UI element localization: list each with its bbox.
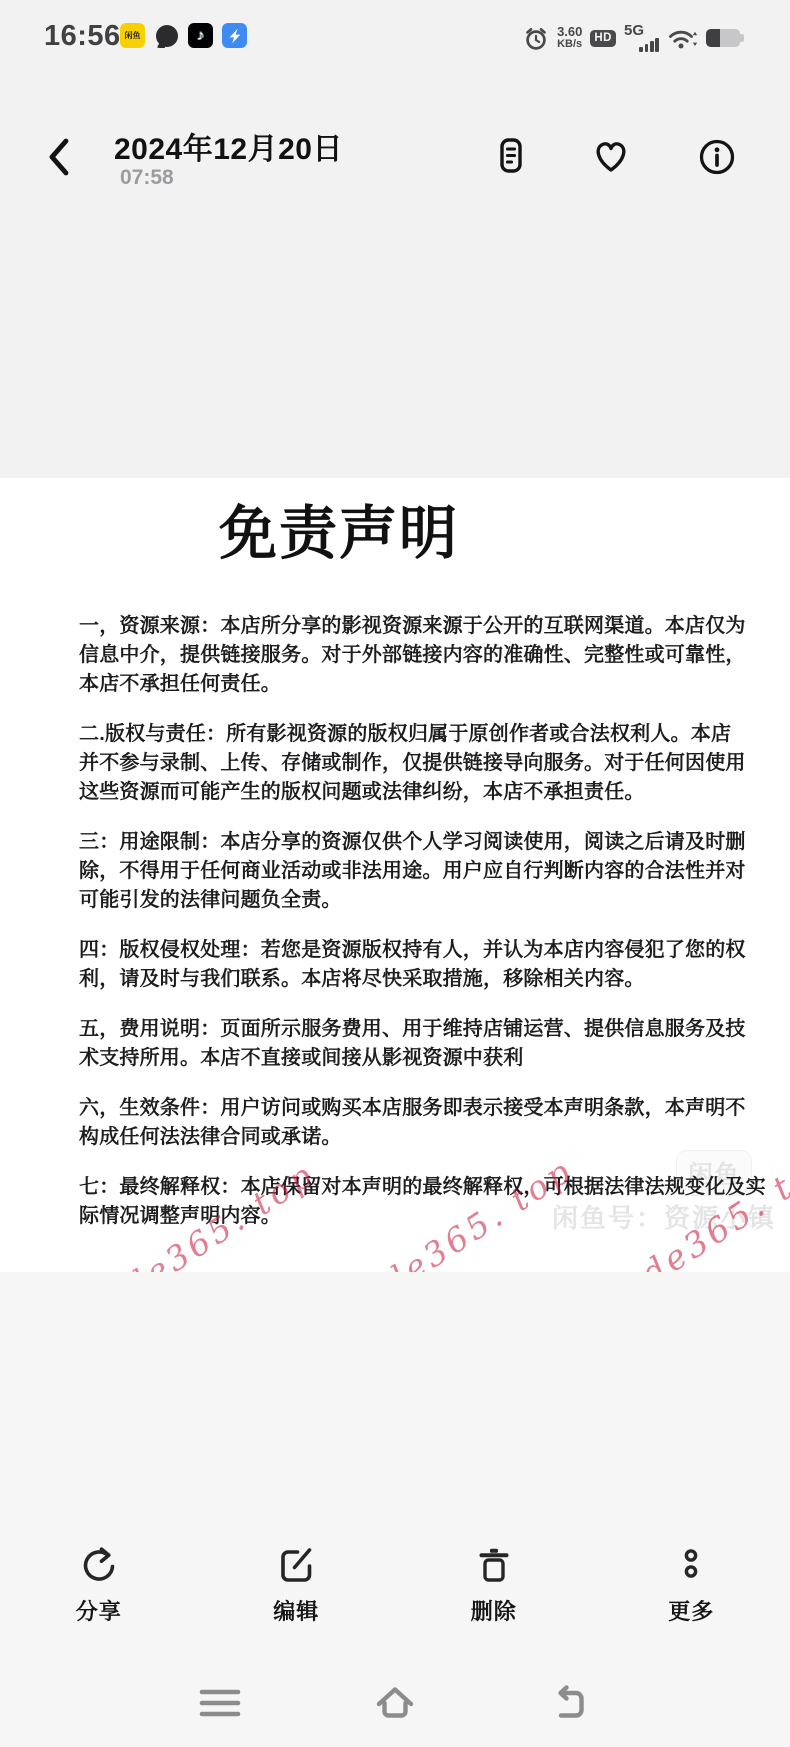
xianyu-app-icon: 闲鱼 bbox=[120, 23, 145, 48]
edit-icon bbox=[276, 1546, 316, 1586]
disclaimer-paragraph: 六，生效条件：用户访问或购买本店服务即表示接受本声明条款，本声明不构成任何法法律… bbox=[79, 1094, 751, 1152]
network-speed: 3.60 KB/s bbox=[557, 26, 582, 51]
home-button[interactable] bbox=[371, 1684, 419, 1724]
disclaimer-paragraph: 二.版权与责任：所有影视资源的版权归属于原创作者或合法权利人。本店并不参与录制、… bbox=[79, 720, 751, 807]
photo-header: 2024年12月20日 07:58 bbox=[0, 108, 790, 208]
status-time: 16:56 bbox=[44, 20, 121, 53]
battery-icon bbox=[706, 29, 746, 47]
disclaimer-paragraph: 五，费用说明：页面所示服务费用、用于维持店铺运营、提供信息服务及技术支持所用。本… bbox=[79, 1015, 751, 1073]
disclaimer-paragraph: 三：用途限制：本店分享的资源仅供个人学习阅读使用，阅读之后请及时删除，不得用于任… bbox=[79, 828, 751, 915]
hd-voice-icon: HD bbox=[590, 30, 616, 47]
delete-button[interactable]: 删除 bbox=[395, 1546, 593, 1626]
more-button[interactable]: 更多 bbox=[593, 1546, 790, 1626]
status-indicators: 3.60 KB/s HD 5G bbox=[523, 18, 746, 58]
disclaimer-body: 一，资源来源：本店所分享的影视资源来源于公开的互联网渠道。本店仅为信息中介，提供… bbox=[79, 612, 751, 1252]
share-icon bbox=[79, 1546, 119, 1586]
favorite-button[interactable] bbox=[589, 134, 633, 180]
back-chevron-icon bbox=[44, 134, 74, 180]
info-button[interactable] bbox=[695, 134, 739, 180]
notes-button[interactable] bbox=[489, 134, 533, 180]
message-bubble-icon bbox=[154, 23, 179, 48]
wifi-icon bbox=[667, 26, 698, 50]
notification-icons: 闲鱼 ♪ bbox=[120, 23, 247, 48]
disclaimer-title: 免责声明 bbox=[0, 486, 734, 570]
more-dots-icon bbox=[671, 1546, 711, 1586]
disclaimer-paragraph: 七：最终解释权：本店保留对本声明的最终解释权，可根据法律法规变化及实际情况调整声… bbox=[79, 1173, 775, 1231]
photo-image[interactable]: 免责声明 一，资源来源：本店所分享的影视资源来源于公开的互联网渠道。本店仅为信息… bbox=[0, 478, 790, 1272]
note-icon bbox=[489, 134, 533, 180]
nav-back-button[interactable] bbox=[548, 1684, 592, 1724]
recents-button[interactable] bbox=[198, 1684, 242, 1722]
edit-button[interactable]: 编辑 bbox=[198, 1546, 396, 1626]
gallery-photo-viewer: 16:56 闲鱼 ♪ 3.60 KB/s HD 5G bbox=[0, 0, 790, 1747]
disclaimer-paragraph: 四：版权侵权处理：若您是资源版权持有人，并认为本店内容侵犯了您的权利，请及时与我… bbox=[79, 936, 751, 994]
disclaimer-paragraph: 一，资源来源：本店所分享的影视资源来源于公开的互联网渠道。本店仅为信息中介，提供… bbox=[79, 612, 751, 699]
tiktok-icon: ♪ bbox=[188, 23, 213, 48]
heart-icon bbox=[589, 134, 633, 180]
photo-action-toolbar: 分享 编辑 删除 更多 bbox=[0, 1546, 790, 1626]
share-button[interactable]: 分享 bbox=[0, 1546, 198, 1626]
photo-date-title: 2024年12月20日 bbox=[114, 124, 343, 168]
info-icon bbox=[695, 134, 739, 180]
alarm-icon bbox=[523, 25, 549, 52]
status-bar: 16:56 闲鱼 ♪ 3.60 KB/s HD 5G bbox=[0, 16, 790, 64]
trash-icon bbox=[474, 1546, 514, 1586]
android-nav-bar bbox=[0, 1676, 790, 1747]
photo-time-subtitle: 07:58 bbox=[120, 166, 174, 190]
thunder-icon bbox=[222, 23, 247, 48]
back-button[interactable] bbox=[44, 134, 78, 182]
cellular-signal-icon: 5G bbox=[624, 23, 659, 54]
